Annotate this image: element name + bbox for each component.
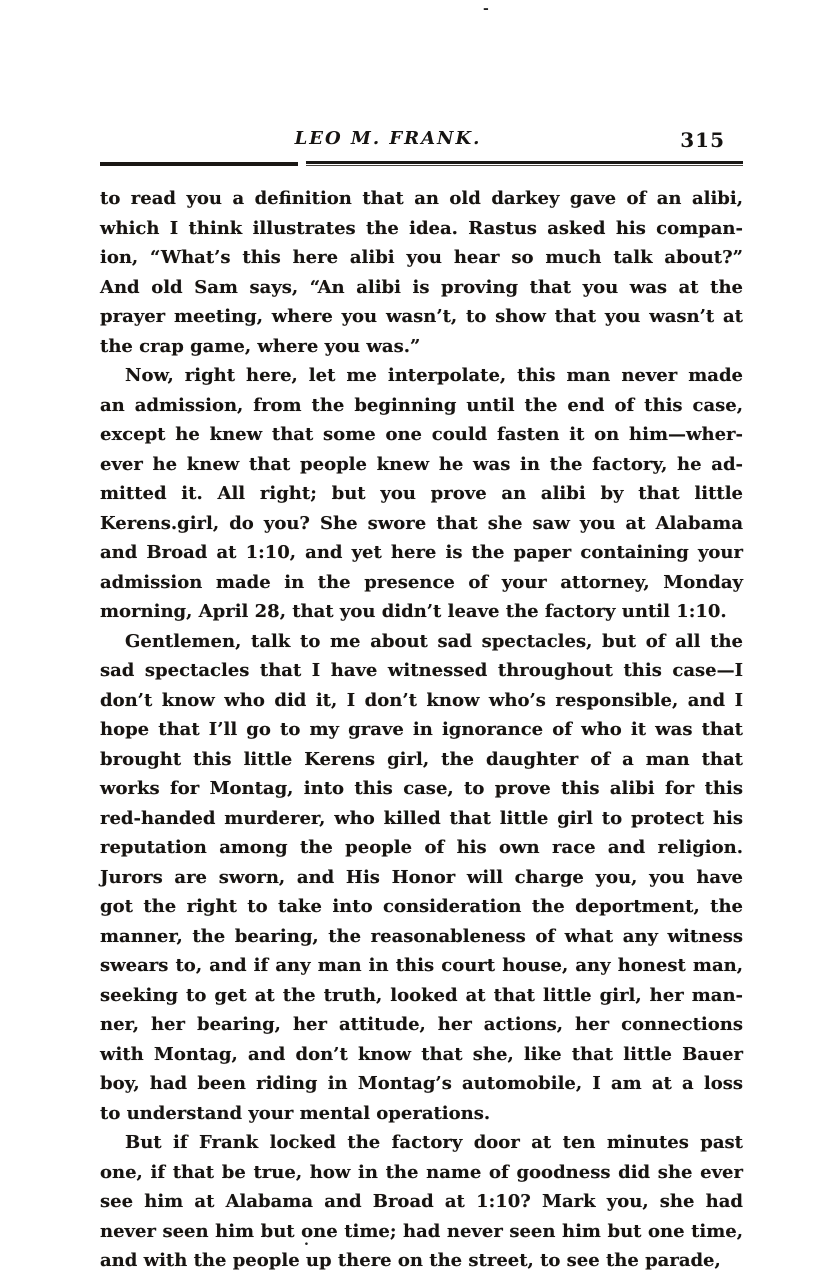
header-rule-right-segment [306,161,743,164]
paragraph: Gentlemen, talk to me about sad spectacl… [100,627,743,1129]
text-line: works for Montag, into this case, to pro… [100,774,743,804]
text-line: boy, had been riding in Montag’s automob… [100,1069,743,1099]
text-line: the crap game, where you was.” [100,332,743,362]
text-line: And old Sam says, “An alibi is proving t… [100,273,743,303]
text-line: prayer meeting, where you wasn’t, to sho… [100,302,743,332]
paragraph: But if Frank locked the factory door at … [100,1128,743,1276]
scan-speck-bottom: . [304,1234,309,1248]
text-line: seeking to get at the truth, looked at t… [100,981,743,1011]
text-line: hope that I’ll go to my grave in ignoran… [100,715,743,745]
text-line: brought this little Kerens girl, the dau… [100,745,743,775]
running-title: LEO M. FRANK. [295,128,482,149]
text-line: ner, her bearing, her attitude, her acti… [100,1010,743,1040]
text-line: which I think illustrates the idea. Rast… [100,214,743,244]
text-line: and with the people up there on the stre… [100,1246,743,1276]
book-page: - LEO M. FRANK. 315 to read you a defini… [0,0,836,1284]
text-line: manner, the bearing, the reasonableness … [100,922,743,952]
text-line: Now, right here, let me interpolate, thi… [100,361,743,391]
text-line: reputation among the people of his own r… [100,833,743,863]
text-line: see him at Alabama and Broad at 1:10? Ma… [100,1187,743,1217]
text-line: to read you a definition that an old dar… [100,184,743,214]
text-line: don’t know who did it, I don’t know who’… [100,686,743,716]
text-line: swears to, and if any man in this court … [100,951,743,981]
text-line: with Montag, and don’t know that she, li… [100,1040,743,1070]
page-header: LEO M. FRANK. 315 [100,128,743,156]
text-line: But if Frank locked the factory door at … [100,1128,743,1158]
text-line: morning, April 28, that you didn’t leave… [100,597,743,627]
text-line: ever he knew that people knew he was in … [100,450,743,480]
text-line: an admission, from the beginning until t… [100,391,743,421]
text-line: got the right to take into consideration… [100,892,743,922]
text-line: except he knew that some one could faste… [100,420,743,450]
text-line: mitted it. All right; but you prove an a… [100,479,743,509]
page-body: to read you a definition that an old dar… [100,184,743,1276]
paragraph: to read you a definition that an old dar… [100,184,743,361]
text-line: sad spectacles that I have witnessed thr… [100,656,743,686]
paragraph: Now, right here, let me interpolate, thi… [100,361,743,627]
text-line: never seen him but one time; had never s… [100,1217,743,1247]
page-number: 315 [680,128,725,152]
text-line: red-handed murderer, who killed that lit… [100,804,743,834]
scan-speck-top: - [483,2,489,16]
text-line: Kerens.girl, do you? She swore that she … [100,509,743,539]
text-line: Jurors are sworn, and His Honor will cha… [100,863,743,893]
header-rule-left-segment [100,162,298,166]
text-line: ion, “What’s this here alibi you hear so… [100,243,743,273]
text-line: to understand your mental operations. [100,1099,743,1129]
text-line: Gentlemen, talk to me about sad spectacl… [100,627,743,657]
text-line: admission made in the presence of your a… [100,568,743,598]
text-line: and Broad at 1:10, and yet here is the p… [100,538,743,568]
text-line: one, if that be true, how in the name of… [100,1158,743,1188]
